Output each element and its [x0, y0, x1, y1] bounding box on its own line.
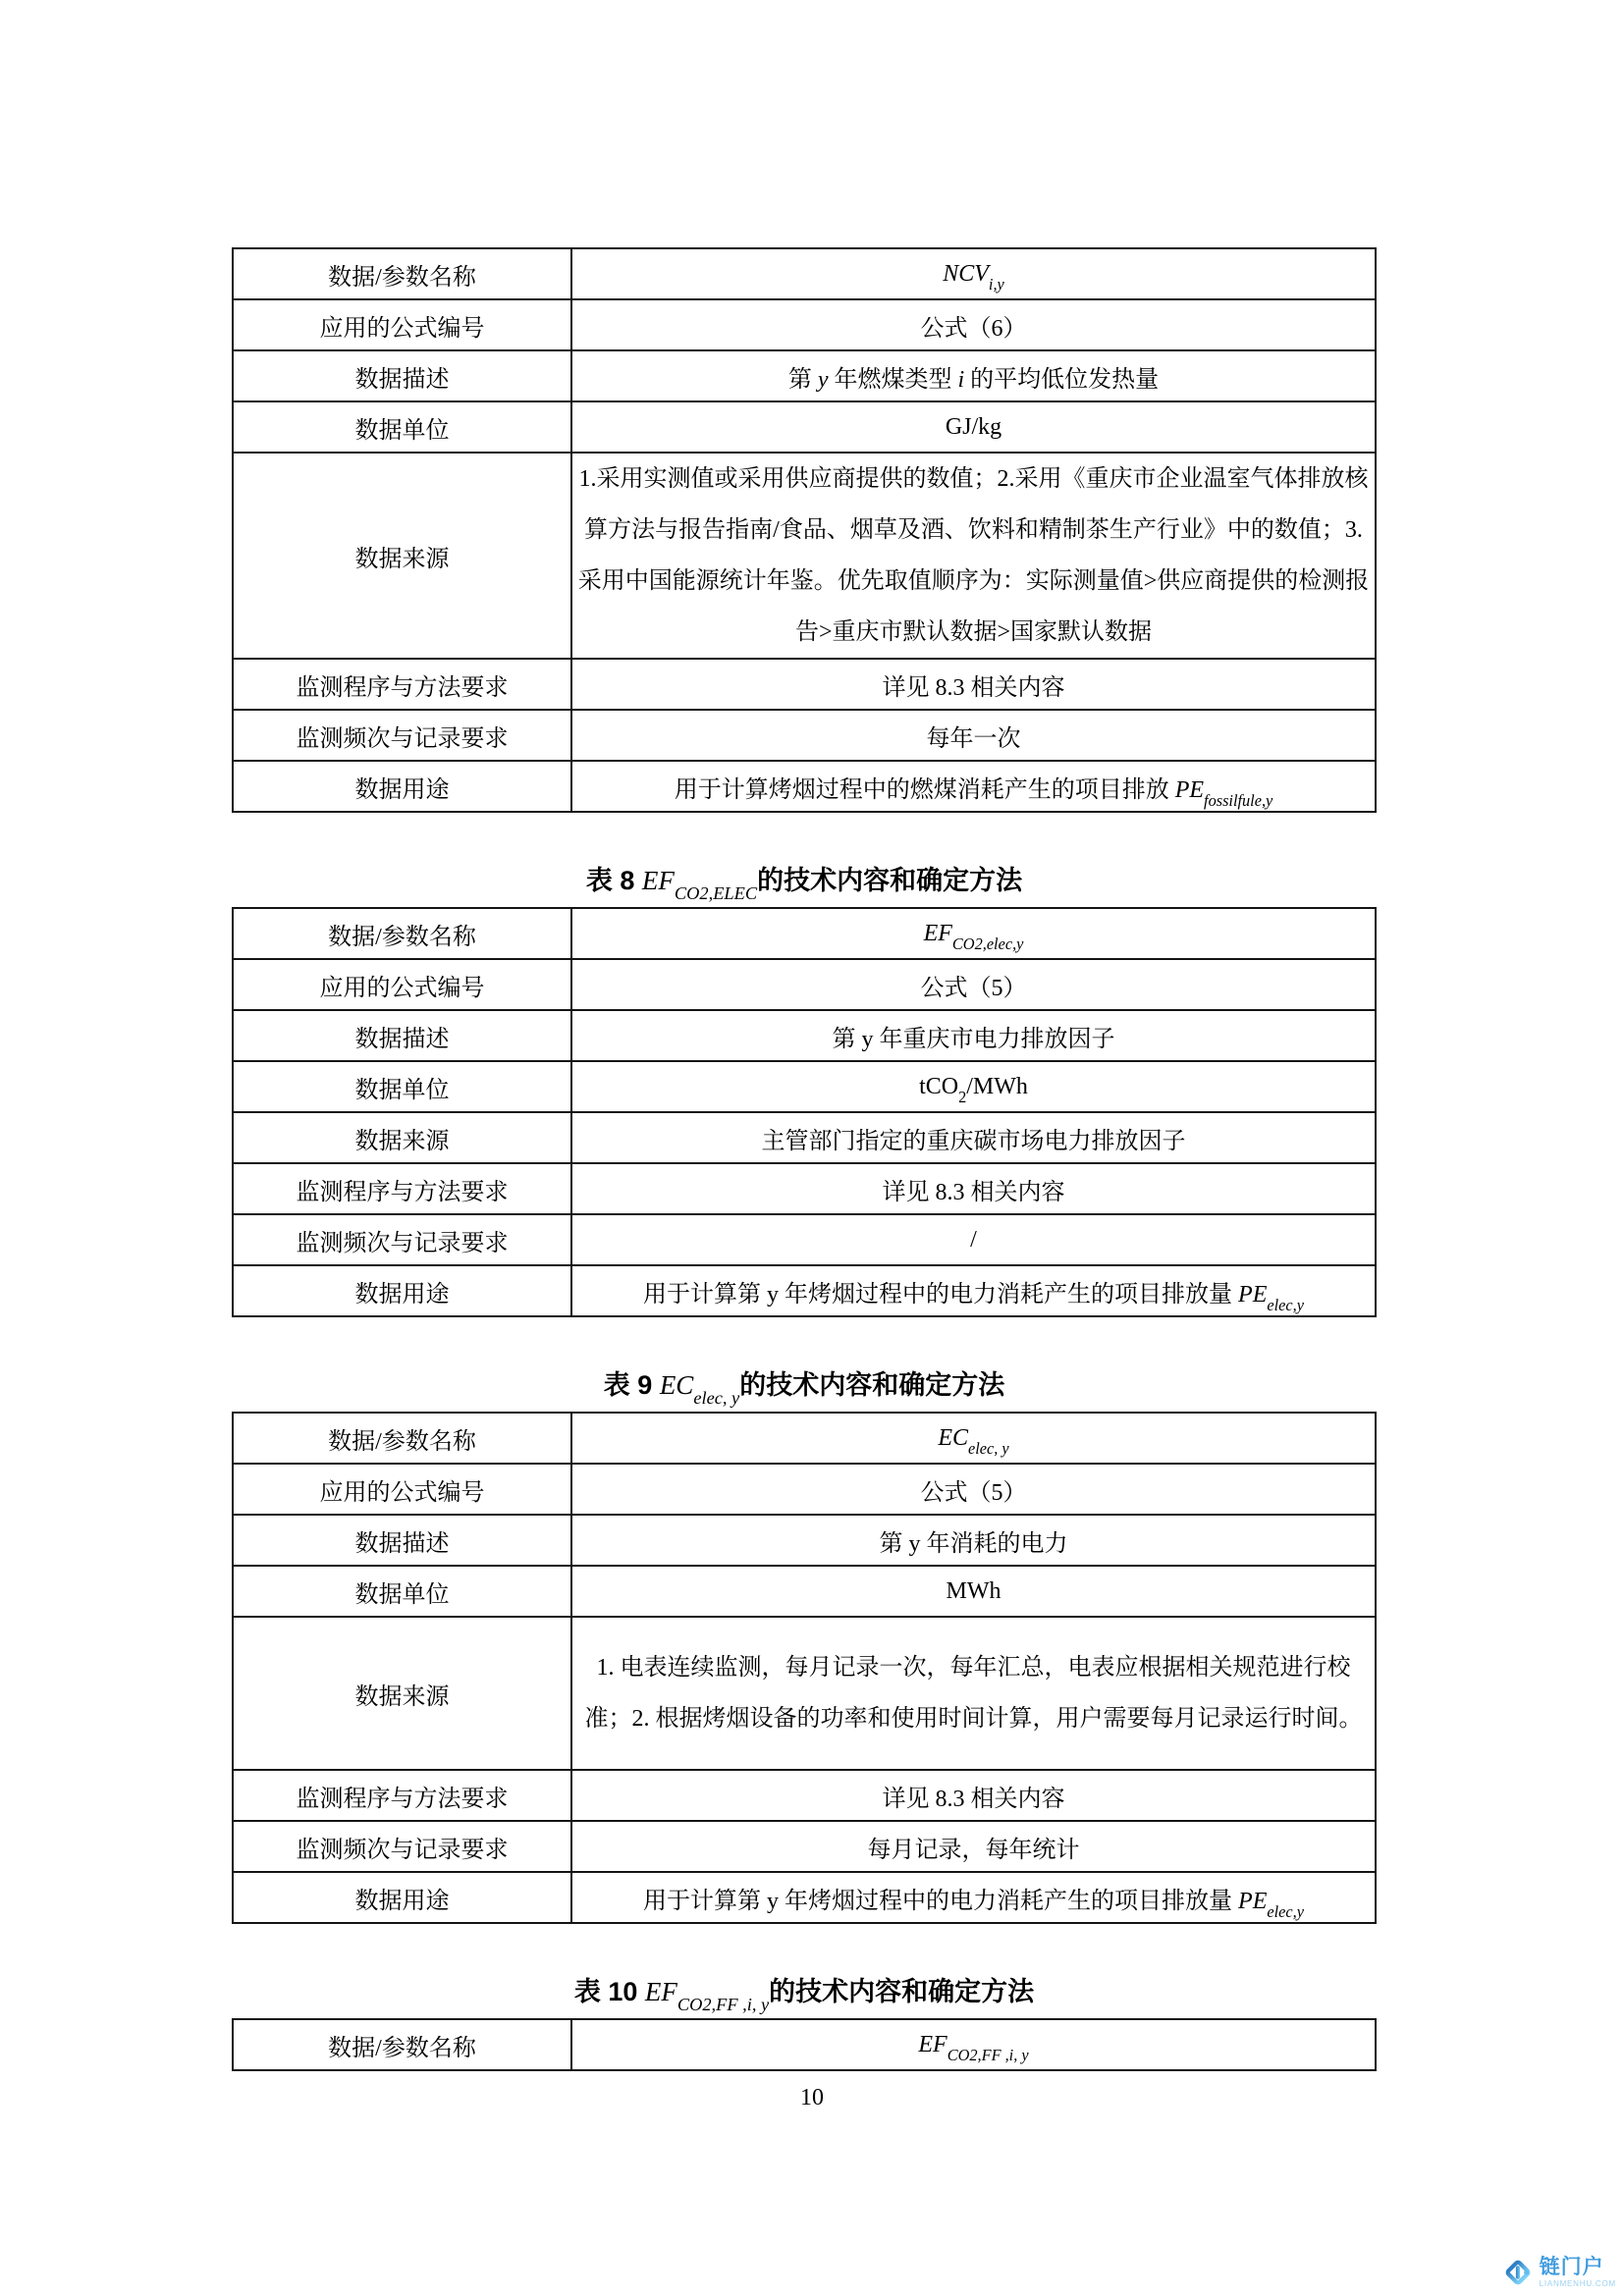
text-segment: 每月记录，每年统计: [868, 1838, 1080, 1863]
text-segment: 年燃煤类型: [828, 367, 957, 393]
watermark: 链门户 LIANMENHU.COM: [1500, 2255, 1616, 2290]
text-segment: PE: [1238, 1889, 1267, 1914]
watermark-brand-name: 链门户: [1540, 2257, 1604, 2278]
text-segment: CO2,elec,y: [952, 934, 1023, 953]
table-row: 监测频次与记录要求 /: [233, 1214, 1376, 1265]
text-segment: EF: [924, 921, 952, 946]
text-segment: EF: [642, 866, 675, 895]
table-row: 数据描述 第 y 年重庆市电力排放因子: [233, 1010, 1376, 1061]
text-segment: 的技术内容和确定方法: [769, 1977, 1034, 2006]
table-row: 监测程序与方法要求 详见 8.3 相关内容: [233, 1770, 1376, 1821]
text-segment: 的技术内容和确定方法: [757, 866, 1022, 895]
text-segment: 1.采用实测值或采用供应商提供的数值；2.采用《重庆市企业温室气体排放核算方法与…: [578, 466, 1370, 645]
text-segment: EC: [660, 1370, 694, 1400]
row-label: 数据用途: [233, 761, 571, 812]
table-row: 监测频次与记录要求 每月记录，每年统计: [233, 1821, 1376, 1872]
text-segment: MWh: [947, 1578, 1001, 1604]
text-segment: i,y: [989, 275, 1004, 294]
text-segment: 公式（6）: [921, 316, 1027, 342]
row-label: 数据用途: [233, 1872, 571, 1923]
text-segment: elec,y: [1267, 1296, 1304, 1314]
text-segment: 详见 8.3 相关内容: [883, 1787, 1065, 1812]
row-value: EFCO2,elec,y: [571, 908, 1376, 959]
text-segment: elec, y: [968, 1439, 1009, 1458]
table-row: 数据来源 主管部门指定的重庆碳市场电力排放因子: [233, 1112, 1376, 1163]
row-label: 数据/参数名称: [233, 908, 571, 959]
row-value: GJ/kg: [571, 401, 1376, 453]
table-row: 数据来源 1.采用实测值或采用供应商提供的数值；2.采用《重庆市企业温室气体排放…: [233, 453, 1376, 659]
text-segment: CO2,FF ,i, y: [677, 1995, 769, 2014]
text-segment: 公式（5）: [921, 1480, 1027, 1506]
row-value: 第 y 年燃煤类型 i 的平均低位发热量: [571, 350, 1376, 401]
row-value: /: [571, 1214, 1376, 1265]
row-label: 数据单位: [233, 1061, 571, 1112]
row-value: 第 y 年重庆市电力排放因子: [571, 1010, 1376, 1061]
text-segment: EC: [938, 1425, 968, 1451]
table-row: 应用的公式编号 公式（5）: [233, 959, 1376, 1010]
table-8-ef-co2-elec: 表 8 EFCO2,ELEC的技术内容和确定方法 数据/参数名称 EFCO2,e…: [232, 866, 1377, 1317]
row-value: 详见 8.3 相关内容: [571, 659, 1376, 710]
row-value: tCO2/MWh: [571, 1061, 1376, 1112]
table-row: 应用的公式编号 公式（6）: [233, 299, 1376, 350]
row-label: 数据描述: [233, 1515, 571, 1566]
table-title: 表 10 EFCO2,FF ,i, y的技术内容和确定方法: [232, 1977, 1377, 2006]
row-label: 数据来源: [233, 1112, 571, 1163]
row-value: MWh: [571, 1566, 1376, 1617]
table-title: 表 9 ECelec, y的技术内容和确定方法: [232, 1370, 1377, 1400]
table-row: 应用的公式编号 公式（5）: [233, 1464, 1376, 1515]
text-segment: PE: [1238, 1282, 1267, 1308]
row-label: 监测程序与方法要求: [233, 1770, 571, 1821]
row-value: NCVi,y: [571, 248, 1376, 299]
row-value: 详见 8.3 相关内容: [571, 1163, 1376, 1214]
table-row: 数据/参数名称 EFCO2,FF ,i, y: [233, 2019, 1376, 2070]
text-segment: 主管部门指定的重庆碳市场电力排放因子: [762, 1129, 1186, 1154]
text-segment: 1. 电表连续监测，每月记录一次，每年汇总，电表应根据相关规范进行校准；2. 根…: [585, 1655, 1363, 1732]
row-value: 第 y 年消耗的电力: [571, 1515, 1376, 1566]
page-number: 10: [0, 2085, 1624, 2111]
text-segment: 用于计算第 y 年烤烟过程中的电力消耗产生的项目排放量: [643, 1889, 1238, 1914]
table-ncv: 数据/参数名称 NCVi,y 应用的公式编号 公式（6） 数据描述 第 y 年燃…: [232, 247, 1377, 813]
row-value: 详见 8.3 相关内容: [571, 1770, 1376, 1821]
data-table: 数据/参数名称 EFCO2,FF ,i, y: [232, 2018, 1377, 2071]
row-value: EFCO2,FF ,i, y: [571, 2019, 1376, 2070]
text-segment: 的技术内容和确定方法: [739, 1370, 1004, 1400]
table-row: 数据用途 用于计算烤烟过程中的燃煤消耗产生的项目排放 PEfossilfule,…: [233, 761, 1376, 812]
table-row: 数据描述 第 y 年消耗的电力: [233, 1515, 1376, 1566]
row-value: 1. 电表连续监测，每月记录一次，每年汇总，电表应根据相关规范进行校准；2. 根…: [571, 1617, 1376, 1770]
data-table: 数据/参数名称 ECelec, y 应用的公式编号 公式（5） 数据描述 第 y…: [232, 1412, 1377, 1924]
data-table: 数据/参数名称 EFCO2,elec,y 应用的公式编号 公式（5） 数据描述 …: [232, 907, 1377, 1317]
row-label: 监测频次与记录要求: [233, 710, 571, 761]
table-row: 数据/参数名称 EFCO2,elec,y: [233, 908, 1376, 959]
text-segment: 公式（5）: [921, 976, 1027, 1001]
text-segment: NCV: [943, 261, 989, 287]
text-segment: 第: [788, 367, 818, 393]
table-row: 数据用途 用于计算第 y 年烤烟过程中的电力消耗产生的项目排放量 PEelec,…: [233, 1872, 1376, 1923]
text-segment: /: [970, 1227, 977, 1253]
row-label: 监测程序与方法要求: [233, 659, 571, 710]
row-label: 监测频次与记录要求: [233, 1214, 571, 1265]
row-value: 用于计算第 y 年烤烟过程中的电力消耗产生的项目排放量 PEelec,y: [571, 1872, 1376, 1923]
text-segment: CO2,ELEC: [675, 883, 757, 903]
text-segment: 第 y 年消耗的电力: [880, 1531, 1068, 1557]
text-segment: y: [818, 367, 829, 393]
text-segment: elec,y: [1267, 1902, 1304, 1921]
row-value: 公式（5）: [571, 1464, 1376, 1515]
row-label: 监测程序与方法要求: [233, 1163, 571, 1214]
table-10-ef-co2-ff: 表 10 EFCO2,FF ,i, y的技术内容和确定方法 数据/参数名称 EF…: [232, 1977, 1377, 2071]
text-segment: EF: [918, 2032, 947, 2057]
row-value: 主管部门指定的重庆碳市场电力排放因子: [571, 1112, 1376, 1163]
row-label: 应用的公式编号: [233, 299, 571, 350]
row-label: 应用的公式编号: [233, 959, 571, 1010]
table-row: 监测程序与方法要求 详见 8.3 相关内容: [233, 1163, 1376, 1214]
row-value: 用于计算第 y 年烤烟过程中的电力消耗产生的项目排放量 PEelec,y: [571, 1265, 1376, 1316]
row-label: 数据描述: [233, 1010, 571, 1061]
text-segment: 详见 8.3 相关内容: [883, 1180, 1065, 1205]
row-value: ECelec, y: [571, 1413, 1376, 1464]
table-row: 监测频次与记录要求 每年一次: [233, 710, 1376, 761]
row-label: 数据来源: [233, 1617, 571, 1770]
table-row: 监测程序与方法要求 详见 8.3 相关内容: [233, 659, 1376, 710]
text-segment: GJ/kg: [946, 414, 1001, 440]
watermark-domain-text: LIANMENHU.COM: [1540, 2279, 1616, 2288]
row-label: 数据/参数名称: [233, 1413, 571, 1464]
text-segment: /MWh: [966, 1074, 1028, 1099]
row-value: 用于计算烤烟过程中的燃煤消耗产生的项目排放 PEfossilfule,y: [571, 761, 1376, 812]
row-label: 数据用途: [233, 1265, 571, 1316]
table-title: 表 8 EFCO2,ELEC的技术内容和确定方法: [232, 866, 1377, 895]
row-value: 1.采用实测值或采用供应商提供的数值；2.采用《重庆市企业温室气体排放核算方法与…: [571, 453, 1376, 659]
watermark-text: 链门户 LIANMENHU.COM: [1540, 2257, 1616, 2288]
tables-area: 数据/参数名称 NCVi,y 应用的公式编号 公式（6） 数据描述 第 y 年燃…: [232, 247, 1377, 2071]
text-segment: 第 y 年重庆市电力排放因子: [833, 1027, 1115, 1052]
table-row: 数据单位 MWh: [233, 1566, 1376, 1617]
row-value: 每年一次: [571, 710, 1376, 761]
row-value: 公式（6）: [571, 299, 1376, 350]
text-segment: tCO: [919, 1074, 958, 1099]
text-segment: elec, y: [693, 1388, 739, 1408]
table-row: 数据/参数名称 NCVi,y: [233, 248, 1376, 299]
table-row: 数据用途 用于计算第 y 年烤烟过程中的电力消耗产生的项目排放量 PEelec,…: [233, 1265, 1376, 1316]
row-label: 数据描述: [233, 350, 571, 401]
row-label: 数据/参数名称: [233, 2019, 571, 2070]
table-row: 数据单位 GJ/kg: [233, 401, 1376, 453]
text-segment: 用于计算第 y 年烤烟过程中的电力消耗产生的项目排放量: [643, 1282, 1238, 1308]
text-segment: 每年一次: [927, 726, 1021, 752]
row-label: 数据单位: [233, 1566, 571, 1617]
text-segment: fossilfule,y: [1204, 791, 1272, 810]
row-label: 应用的公式编号: [233, 1464, 571, 1515]
row-label: 监测频次与记录要求: [233, 1821, 571, 1872]
text-segment: 用于计算烤烟过程中的燃煤消耗产生的项目排放: [675, 777, 1175, 803]
table-row: 数据/参数名称 ECelec, y: [233, 1413, 1376, 1464]
text-segment: 表 10: [574, 1977, 645, 2006]
table-row: 数据描述 第 y 年燃煤类型 i 的平均低位发热量: [233, 350, 1376, 401]
text-segment: EF: [645, 1977, 677, 2006]
data-table: 数据/参数名称 NCVi,y 应用的公式编号 公式（6） 数据描述 第 y 年燃…: [232, 247, 1377, 813]
text-segment: 详见 8.3 相关内容: [883, 675, 1065, 701]
text-segment: PE: [1175, 777, 1204, 803]
text-segment: CO2,FF ,i, y: [947, 2046, 1029, 2064]
table-row: 数据来源 1. 电表连续监测，每月记录一次，每年汇总，电表应根据相关规范进行校准…: [233, 1617, 1376, 1770]
row-value: 每月记录，每年统计: [571, 1821, 1376, 1872]
text-segment: 的平均低位发热量: [964, 367, 1159, 393]
diamond-link-icon: [1500, 2255, 1536, 2290]
row-label: 数据来源: [233, 453, 571, 659]
row-label: 数据单位: [233, 401, 571, 453]
text-segment: 表 8: [586, 866, 642, 895]
row-label: 数据/参数名称: [233, 248, 571, 299]
table-row: 数据单位 tCO2/MWh: [233, 1061, 1376, 1112]
text-segment: 2: [958, 1088, 966, 1106]
row-value: 公式（5）: [571, 959, 1376, 1010]
text-segment: 表 9: [604, 1370, 660, 1400]
table-9-ec-elec: 表 9 ECelec, y的技术内容和确定方法 数据/参数名称 ECelec, …: [232, 1370, 1377, 1924]
